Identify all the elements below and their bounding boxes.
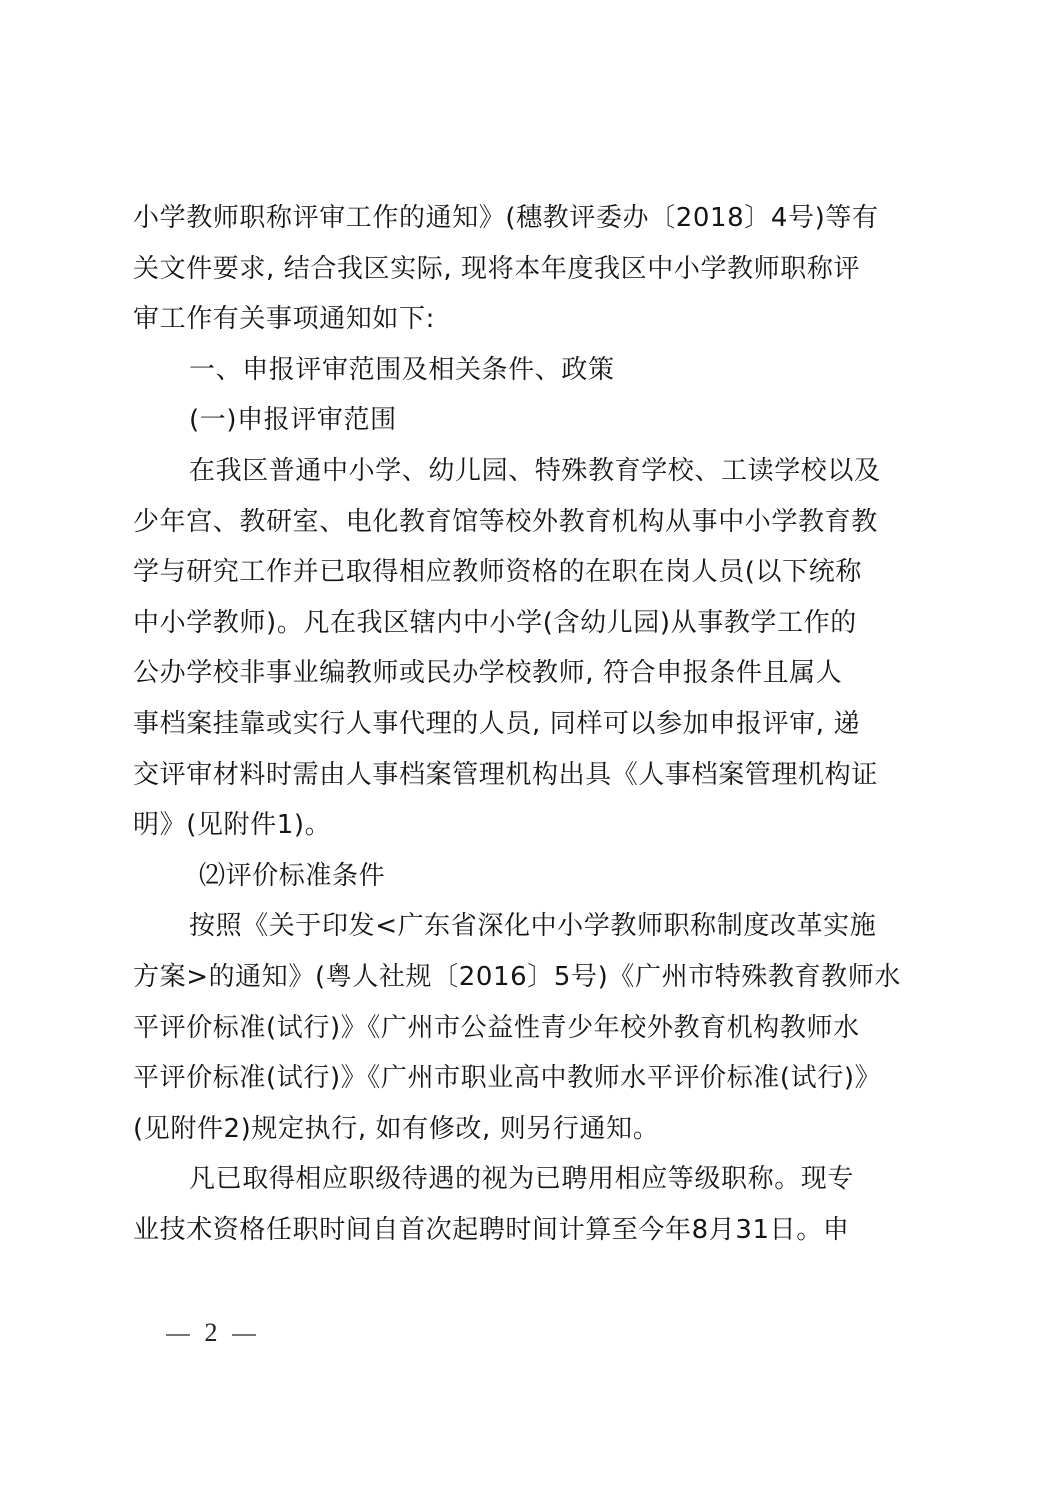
- paragraph-line: 中小学教师)。凡在我区辖内中小学(含幼儿园)从事教学工作的: [133, 598, 913, 649]
- paragraph-line: 方案>的通知》(粤人社规〔2016〕5号)《广州市特殊教育教师水: [133, 952, 913, 1003]
- paragraph-line: 学与研究工作并已取得相应教师资格的在职在岗人员(以下统称: [133, 547, 913, 598]
- subsection-heading: (一)申报评审范围: [133, 395, 913, 446]
- dash-left: [166, 1334, 190, 1336]
- section-heading: 一、申报评审范围及相关条件、政策: [133, 345, 913, 396]
- document-body: 小学教师职称评审工作的通知》(穗教评委办〔2018〕4号)等有 关文件要求, 结…: [133, 193, 913, 1255]
- paragraph-line: 事档案挂靠或实行人事代理的人员, 同样可以参加申报评审, 递: [133, 699, 913, 750]
- page-footer: 2: [158, 1318, 264, 1348]
- subsection-heading: ⑵评价标准条件: [133, 851, 913, 902]
- paragraph-line: 明》(见附件1)。: [133, 800, 913, 851]
- paragraph-line: 凡已取得相应职级待遇的视为已聘用相应等级职称。现专: [133, 1154, 913, 1205]
- paragraph-line: 按照《关于印发<广东省深化中小学教师职称制度改革实施: [133, 901, 913, 952]
- paragraph-line: 在我区普通中小学、幼儿园、特殊教育学校、工读学校以及: [133, 446, 913, 497]
- paragraph-line: (见附件2)规定执行, 如有修改, 则另行通知。: [133, 1104, 913, 1155]
- paragraph-line: 业技术资格任职时间自首次起聘时间计算至今年8月31日。申: [133, 1205, 913, 1256]
- paragraph-line: 平评价标准(试行)》《广州市公益性青少年校外教育机构教师水: [133, 1003, 913, 1054]
- paragraph-line: 交评审材料时需由人事档案管理机构出具《人事档案管理机构证: [133, 750, 913, 801]
- paragraph-line: 公办学校非事业编教师或民办学校教师, 符合申报条件且属人: [133, 648, 913, 699]
- document-page: 小学教师职称评审工作的通知》(穗教评委办〔2018〕4号)等有 关文件要求, 结…: [0, 0, 1058, 1497]
- paragraph-line: 小学教师职称评审工作的通知》(穗教评委办〔2018〕4号)等有: [133, 193, 913, 244]
- paragraph-line: 平评价标准(试行)》《广州市职业高中教师水平评价标准(试行)》: [133, 1053, 913, 1104]
- paragraph-line: 审工作有关事项通知如下:: [133, 294, 913, 345]
- paragraph-line: 关文件要求, 结合我区实际, 现将本年度我区中小学教师职称评: [133, 244, 913, 295]
- paragraph-line: 少年宫、教研室、电化教育馆等校外教育机构从事中小学教育教: [133, 497, 913, 548]
- page-number: 2: [205, 1318, 218, 1347]
- dash-right: [232, 1334, 256, 1336]
